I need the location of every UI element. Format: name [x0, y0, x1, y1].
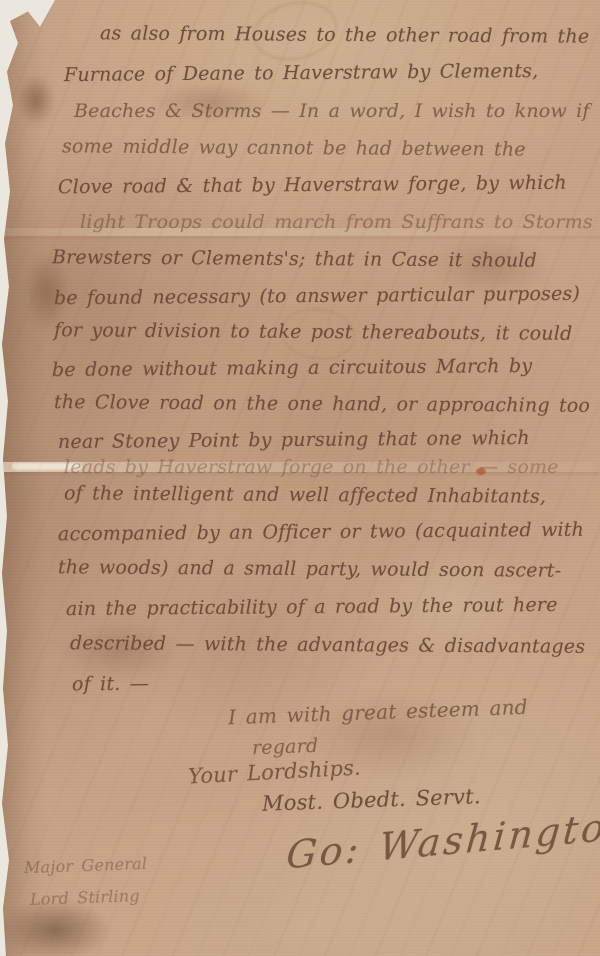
- letter-line: leads by Haverstraw forge on the other —…: [64, 456, 559, 478]
- closing-line: regard: [252, 735, 319, 759]
- letter-line: of it. —: [72, 673, 149, 696]
- letter-page: as also from Houses to the other road fr…: [0, 0, 600, 956]
- letter-line: light Troops could march from Suffrans t…: [80, 211, 593, 233]
- torn-left-edge-shading: [0, 0, 46, 956]
- letter-line: some middle way cannot be had between th…: [62, 135, 526, 160]
- letter-line: the Clove road on the one hand, or appro…: [54, 391, 590, 417]
- washington-signature: Go: Washington: [285, 803, 600, 878]
- letter-line: the woods) and a small party, would soon…: [58, 556, 562, 582]
- letter-line: accompanied by an Officer or two (acquai…: [58, 519, 584, 546]
- letter-line: Beaches & Storms — In a word, I wish to …: [74, 100, 590, 122]
- closing-line: Your Lordships.: [187, 755, 361, 788]
- letter-line: Brewsters or Clements's; that in Case it…: [52, 246, 537, 271]
- letter-line: Clove road & that by Haverstraw forge, b…: [58, 172, 567, 198]
- letter-line: ain the practicability of a road by the …: [66, 594, 558, 620]
- letter-line: be done without making a circuitous Marc…: [52, 355, 532, 381]
- letter-line: Furnace of Deane to Haverstraw by Clemen…: [64, 60, 539, 86]
- letter-line: described — with the advantages & disadv…: [70, 632, 585, 658]
- closing-line: I am with great esteem and: [228, 695, 528, 729]
- docket-line: Lord Stirling: [30, 886, 140, 909]
- letter-line: of the intelligent and well affected Inh…: [64, 482, 546, 507]
- letter-line: as also from Houses to the other road fr…: [100, 22, 589, 47]
- closing-line: Most. Obedt. Servt.: [262, 784, 481, 816]
- docket-line: Major General: [24, 854, 148, 877]
- letter-line: be found necessary (to answer particular…: [54, 283, 580, 310]
- letter-line: near Stoney Point by pursuing that one w…: [58, 427, 530, 453]
- letter-line: for your division to take post thereabou…: [54, 319, 573, 345]
